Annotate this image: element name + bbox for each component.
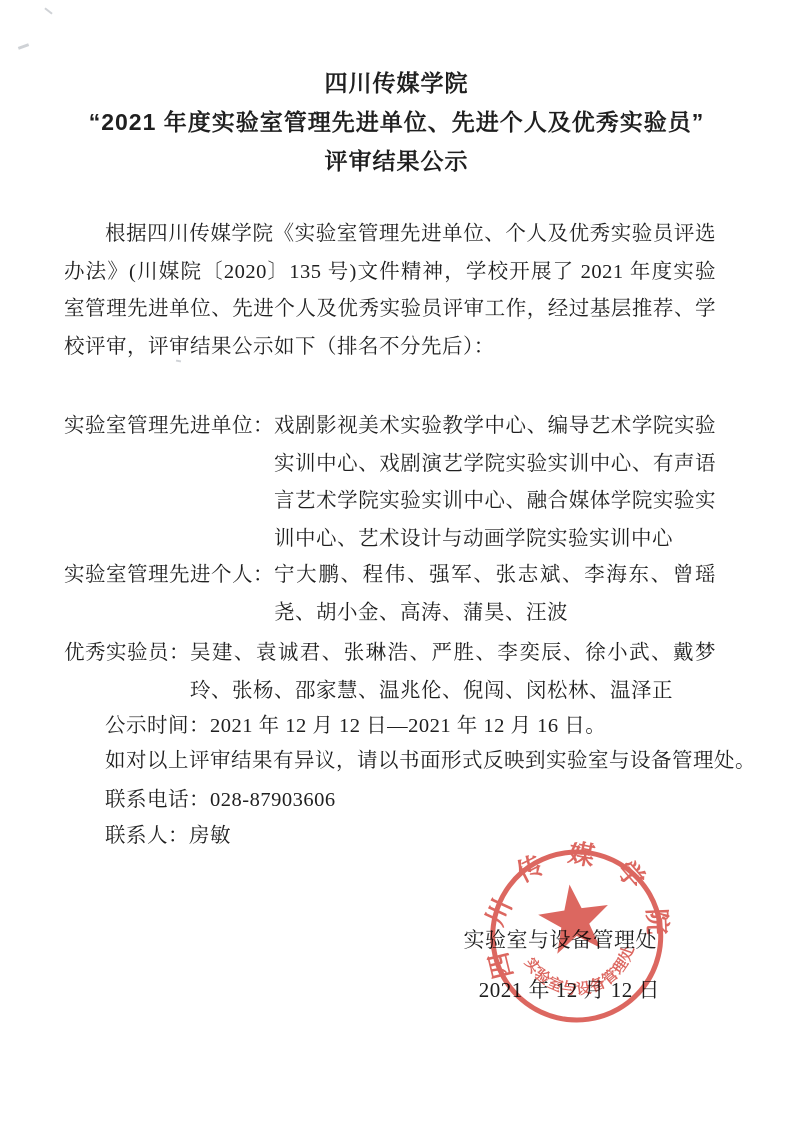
contact-phone-line: 联系电话：028-87903606 <box>64 782 764 820</box>
title-line-type: 评审结果公示 <box>0 142 793 181</box>
section-content: 宁大鹏、程伟、强军、张志斌、李海东、曾瑶尧、胡小金、高涛、蒲昊、汪波 <box>274 557 716 632</box>
publicity-period-line: 公示时间：2021 年 12 月 12 日—2021 年 12 月 16 日。 <box>64 708 764 746</box>
seal-bottom-text: 实验室与设备管理处 <box>520 940 644 1005</box>
section-content: 戏剧影视美术实验教学中心、编导艺术学院实验实训中心、戏剧演艺学院实验实训中心、有… <box>274 408 716 558</box>
title-line-subject: “2021 年度实验室管理先进单位、先进个人及优秀实验员” <box>0 103 793 142</box>
scan-speck <box>44 7 52 14</box>
section-advanced-individuals: 实验室管理先进个人： 宁大鹏、程伟、强军、张志斌、李海东、曾瑶尧、胡小金、高涛、… <box>64 557 716 632</box>
seal-star-icon <box>535 880 614 956</box>
official-seal: 四川传媒学院 实验室与设备管理处 <box>470 831 685 1046</box>
section-label: 实验室管理先进个人： <box>64 557 274 595</box>
svg-text:实验室与设备管理处: 实验室与设备管理处 <box>520 940 644 1005</box>
section-advanced-units: 实验室管理先进单位： 戏剧影视美术实验教学中心、编导艺术学院实验实训中心、戏剧演… <box>64 408 716 558</box>
document-title: 四川传媒学院 “2021 年度实验室管理先进单位、先进个人及优秀实验员” 评审结… <box>0 64 793 181</box>
section-label: 实验室管理先进单位： <box>64 408 274 446</box>
scan-speck <box>18 43 29 50</box>
section-outstanding-technicians: 优秀实验员： 吴建、袁诚君、张琳浩、严胜、李奕辰、徐小武、戴梦玲、张杨、邵家慧、… <box>64 635 716 710</box>
section-content: 吴建、袁诚君、张琳浩、严胜、李奕辰、徐小武、戴梦玲、张杨、邵家慧、温兆伦、倪闯、… <box>190 635 716 710</box>
section-label: 优秀实验员： <box>64 635 190 673</box>
intro-paragraph: 根据四川传媒学院《实验室管理先进单位、个人及优秀实验员评选办法》(川媒院〔202… <box>64 216 716 366</box>
objection-line: 如对以上评审结果有异议，请以书面形式反映到实验室与设备管理处。 <box>64 743 764 781</box>
document-page: 四川传媒学院 “2021 年度实验室管理先进单位、先进个人及优秀实验员” 评审结… <box>0 0 793 1122</box>
title-line-school: 四川传媒学院 <box>0 64 793 103</box>
